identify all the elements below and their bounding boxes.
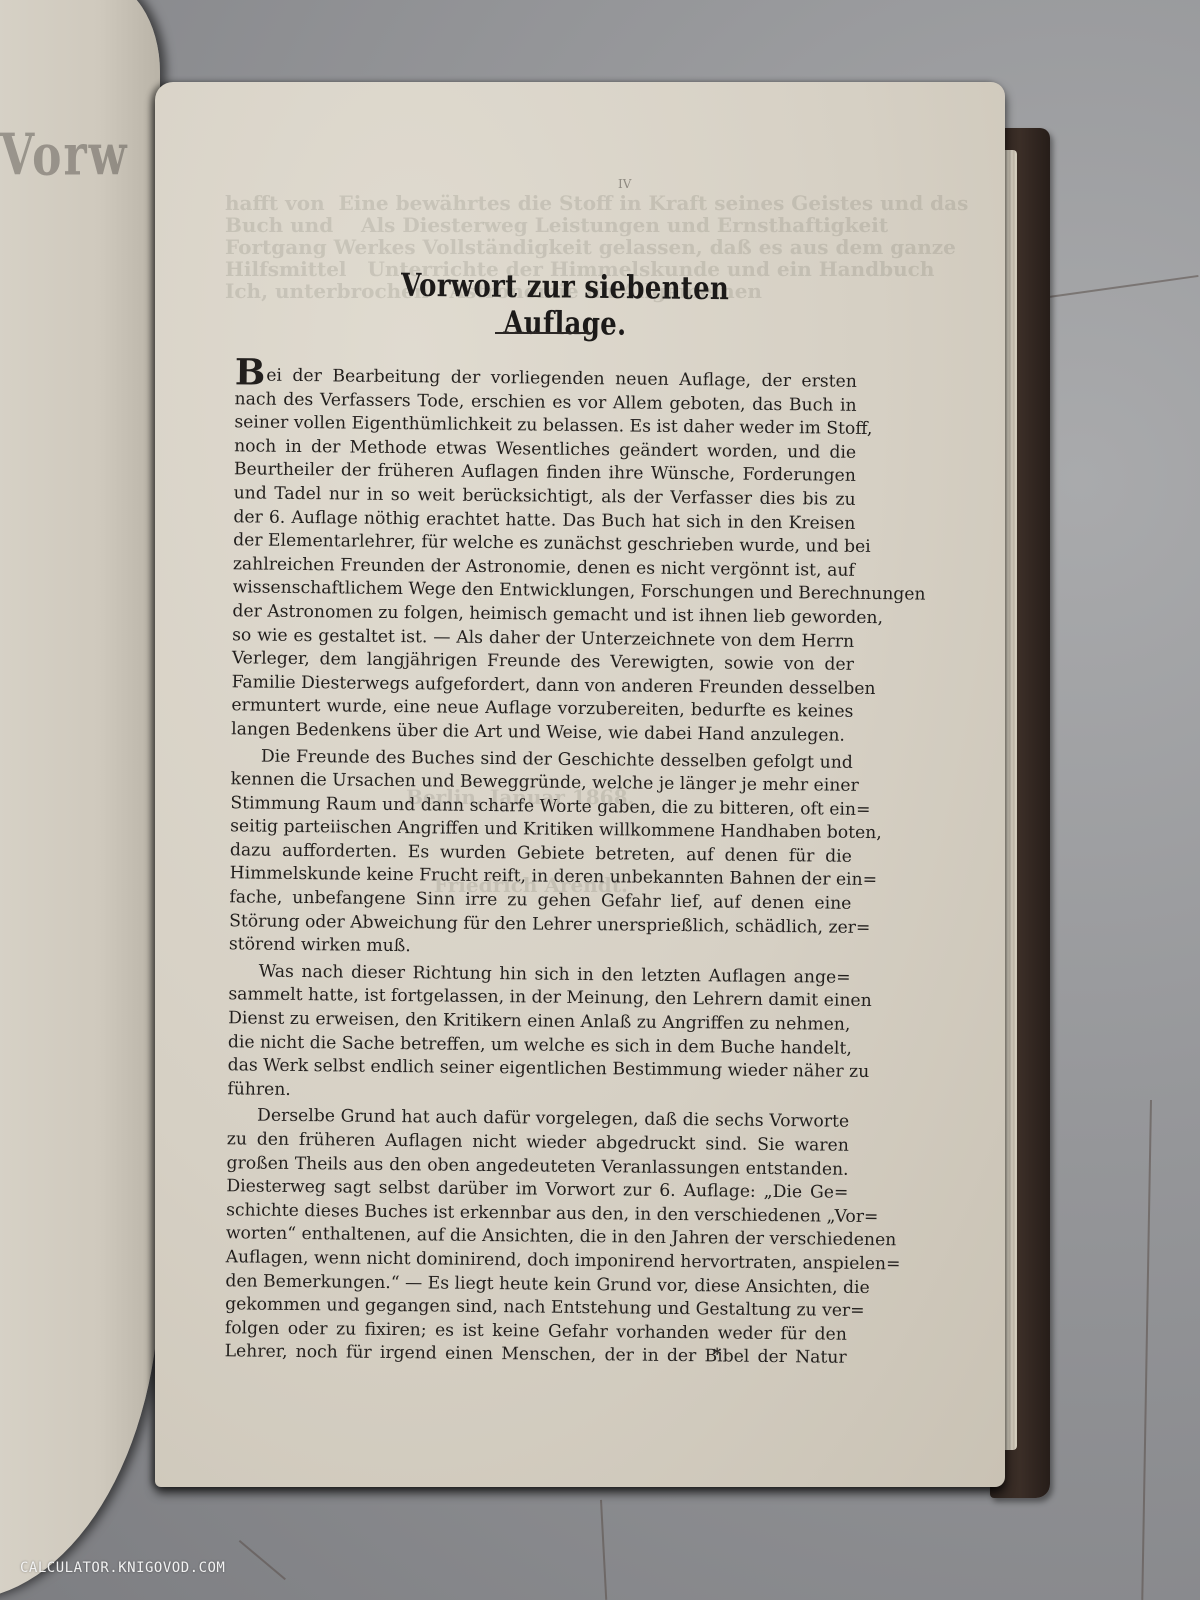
paragraph-2: Die Freunde des Buches sind der Geschich… <box>199 744 853 963</box>
title-divider <box>495 332 589 334</box>
table-crack <box>600 1500 607 1600</box>
watermark: CALCULATOR.KNIGOVOD.COM <box>20 1560 225 1576</box>
book-page: hafft von Eine bewährtes die Stoff in Kr… <box>155 82 1005 1487</box>
left-page-bleed-text: Vorw <box>0 122 129 188</box>
paragraph-4: Derselbe Grund hat auch dafür vorgelegen… <box>195 1104 850 1370</box>
paragraph-3: Was nach dieser Richtung hin sich in den… <box>197 960 850 1108</box>
page-number: IV <box>618 177 631 191</box>
preface-body: Bei der Bearbeitung der vorliegenden neu… <box>195 362 857 1371</box>
table-crack <box>1141 1100 1152 1600</box>
signature-mark: * <box>713 1344 721 1363</box>
text-line: ei der Bearbeitung der vorliegenden neue… <box>266 366 857 392</box>
table-crack <box>239 1540 286 1580</box>
drop-cap: B <box>235 351 266 393</box>
left-facing-page: Vorw <box>0 0 160 1600</box>
paragraph-1: Bei der Bearbeitung der vorliegenden neu… <box>201 362 857 748</box>
